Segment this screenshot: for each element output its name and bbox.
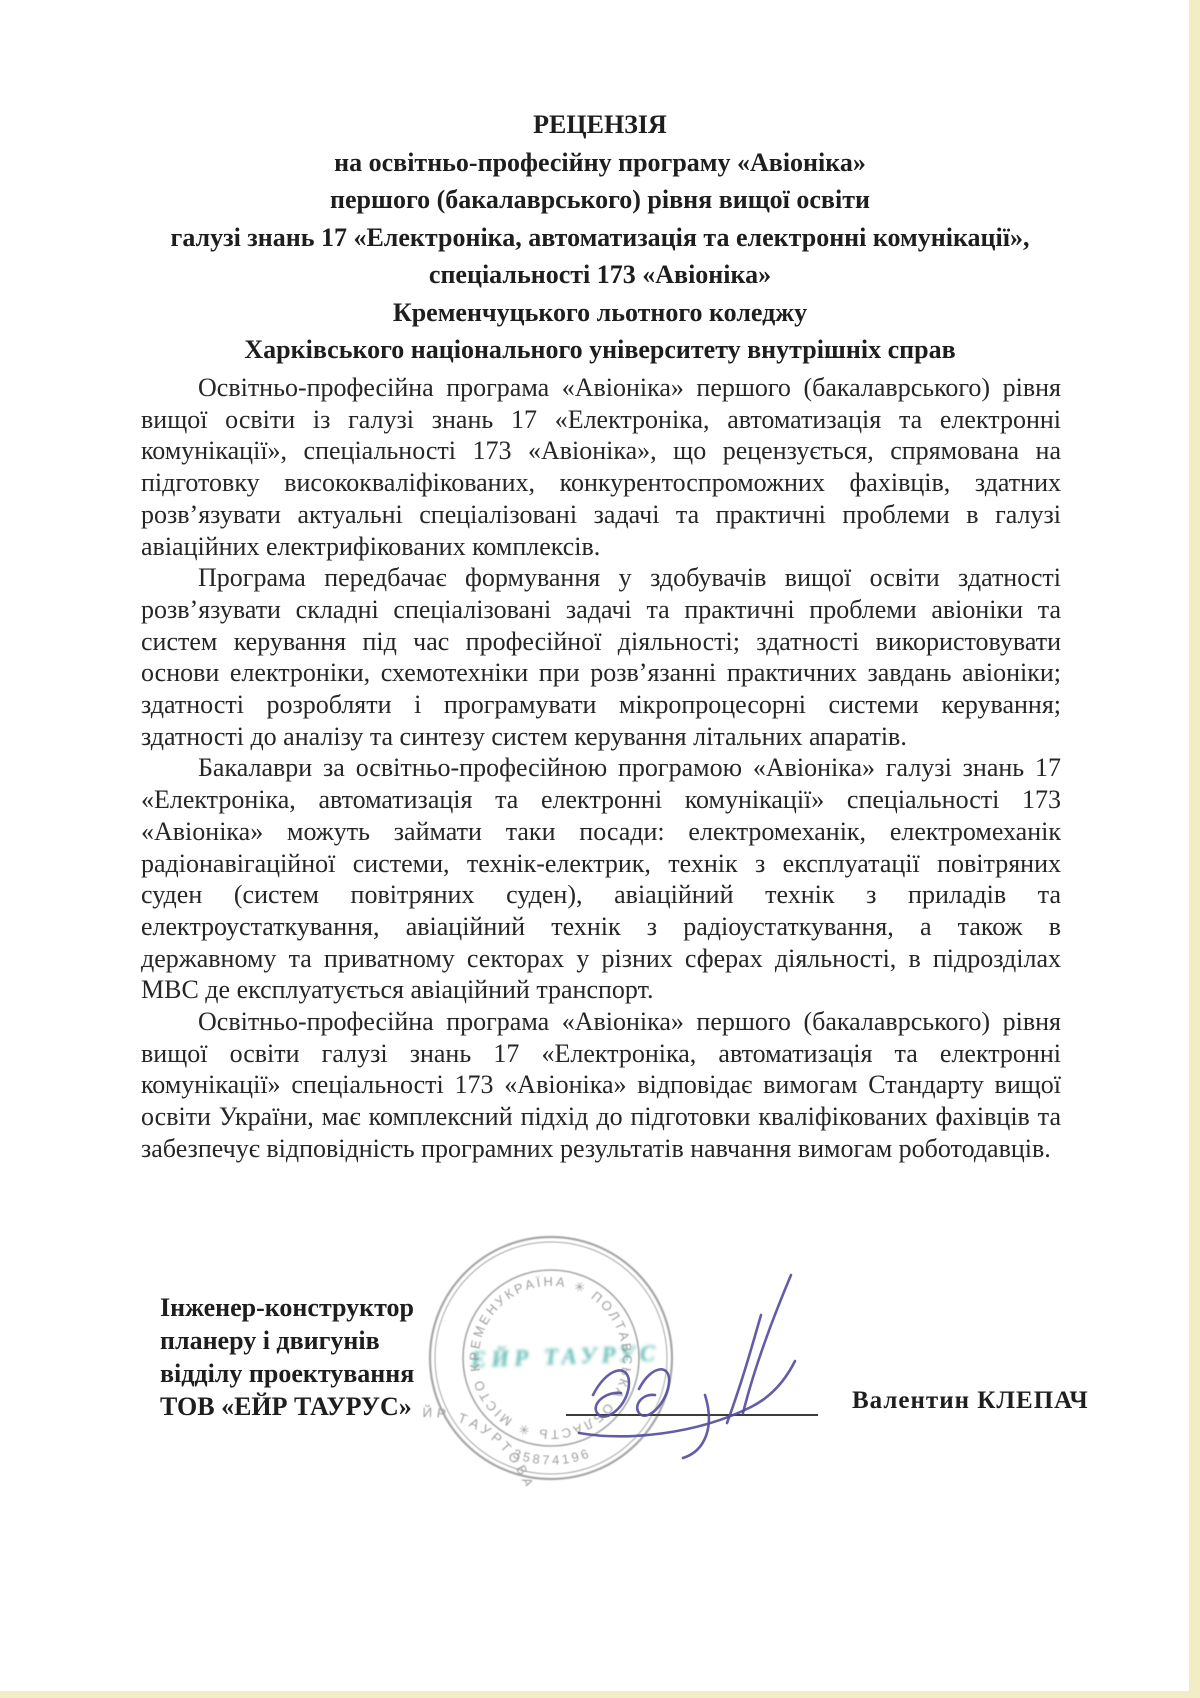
title-line: першого (бакалаврського) рівня вищої осв… xyxy=(140,181,1060,219)
scan-edge-right xyxy=(1189,0,1200,1698)
title-line: галузі знань 17 «Електроніка, автоматиза… xyxy=(140,219,1060,257)
signer-name: Валентин КЛЕПАЧ xyxy=(852,1387,1089,1415)
signature-role-block: Інженер-конструктор планеру і двигунів в… xyxy=(160,1291,414,1423)
handwritten-signature xyxy=(555,1255,835,1465)
title-line: спеціальності 173 «Авіоніка» xyxy=(140,256,1060,294)
title-line: Харківського національного університету … xyxy=(140,331,1060,369)
scan-edge-bottom xyxy=(0,1691,1200,1698)
signer-role-line: ТОВ «ЕЙР ТАУРУС» xyxy=(160,1390,414,1423)
document-title: РЕЦЕНЗІЯ xyxy=(140,106,1060,144)
signature-stroke xyxy=(743,1275,791,1413)
signer-role-line: Інженер-конструктор xyxy=(160,1291,414,1324)
document-body: Освітньо-професійна програма «Авіоніка» … xyxy=(141,372,1061,1165)
signature-stroke xyxy=(593,1371,629,1417)
title-line: Кременчуцького льотного коледжу xyxy=(140,294,1060,332)
signer-role-line: планеру і двигунів xyxy=(160,1324,414,1357)
paragraph: Освітньо-професійна програма «Авіоніка» … xyxy=(141,372,1061,562)
document-page: РЕЦЕНЗІЯ на освітньо-професійну програму… xyxy=(0,0,1200,1698)
paragraph: Бакалаври за освітньо-професійною програ… xyxy=(141,752,1061,1006)
signature-stroke xyxy=(637,1369,669,1415)
signer-role-line: відділу проектування xyxy=(160,1357,414,1390)
document-title-block: РЕЦЕНЗІЯ на освітньо-професійну програму… xyxy=(140,106,1060,369)
paragraph: Програма передбачає формування у здобува… xyxy=(141,562,1061,752)
paragraph: Освітньо-професійна програма «Авіоніка» … xyxy=(141,1006,1061,1165)
title-line: на освітньо-професійну програму «Авіонік… xyxy=(140,144,1060,182)
